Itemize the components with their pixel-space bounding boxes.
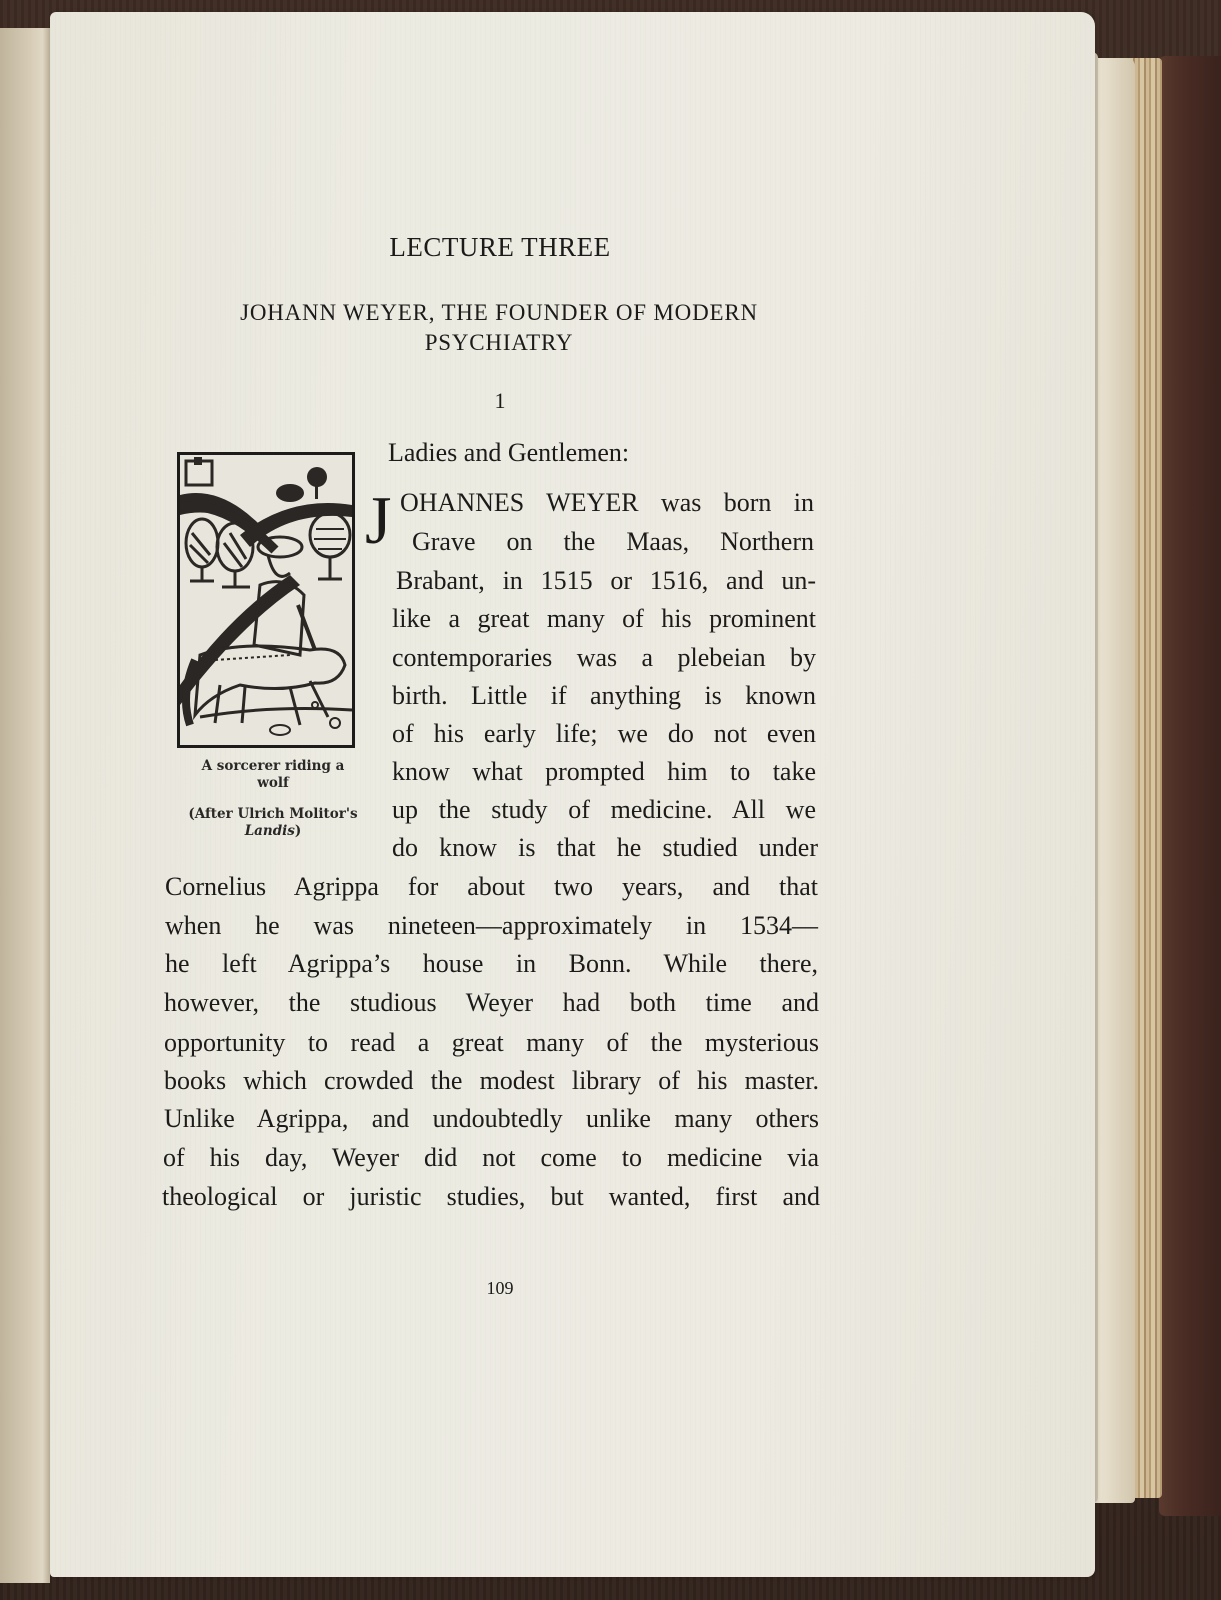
chapter-title: JOHANN WEYER, THE FOUNDER OF MODERN PSYC… [165,298,833,358]
body-line: Cornelius Agrippa for about two years, a… [165,874,818,900]
caption-line: (After Ulrich Molitor's [168,806,378,823]
caption-line: A sorcerer riding a [168,758,378,775]
body-line: know what prompted him to take [392,759,816,785]
woodcut-illustration [177,452,355,748]
chapter-title-line: JOHANN WEYER, THE FOUNDER OF MODERN [165,298,833,328]
body-line: Grave on the Maas, Northern [412,529,814,555]
body-line: of his early life; we do not even [392,721,816,747]
caption-line: Landis) [168,823,378,840]
body-line: books which crowded the modest library o… [164,1068,819,1094]
body-line: contemporaries was a plebeian by [392,645,816,671]
salutation: Ladies and Gentlemen: [388,438,629,468]
page-number: 109 [0,1278,1000,1299]
section-number: 1 [0,388,1000,414]
body-line: up the study of medicine. All we [392,797,816,823]
body-line: theological or juristic studies, but wan… [162,1184,820,1210]
body-line: however, the studious Weyer had both tim… [164,990,819,1016]
figure-source: (After Ulrich Molitor's Landis) [168,806,378,840]
caption-italic: Landis [245,823,295,839]
figure-caption: A sorcerer riding a wolf [168,758,378,792]
caption-end: ) [295,823,301,839]
caption-line: wolf [168,775,378,792]
drop-cap: J [365,486,391,554]
body-line: OHANNES WEYER was born in [400,490,814,516]
chapter-title-line: PSYCHIATRY [165,328,833,358]
body-line: of his day, Weyer did not come to medici… [163,1145,819,1171]
lecture-title: LECTURE THREE [0,232,1000,263]
body-line: birth. Little if anything is known [392,683,816,709]
body-line: he left Agrippa’s house in Bonn. While t… [165,951,818,977]
body-line: Brabant, in 1515 or 1516, and un- [396,568,816,594]
sorcerer-riding-wolf-icon [180,455,352,745]
body-line: opportunity to read a great many of the … [164,1030,819,1056]
body-line: when he was nineteen—approximately in 15… [165,913,818,939]
page-content: LECTURE THREE JOHANN WEYER, THE FOUNDER … [0,0,1221,1600]
body-line: Unlike Agrippa, and undoubtedly unlike m… [164,1106,819,1132]
body-line: do know is that he studied under [392,835,818,861]
body-line: like a great many of his prominent [392,606,816,632]
